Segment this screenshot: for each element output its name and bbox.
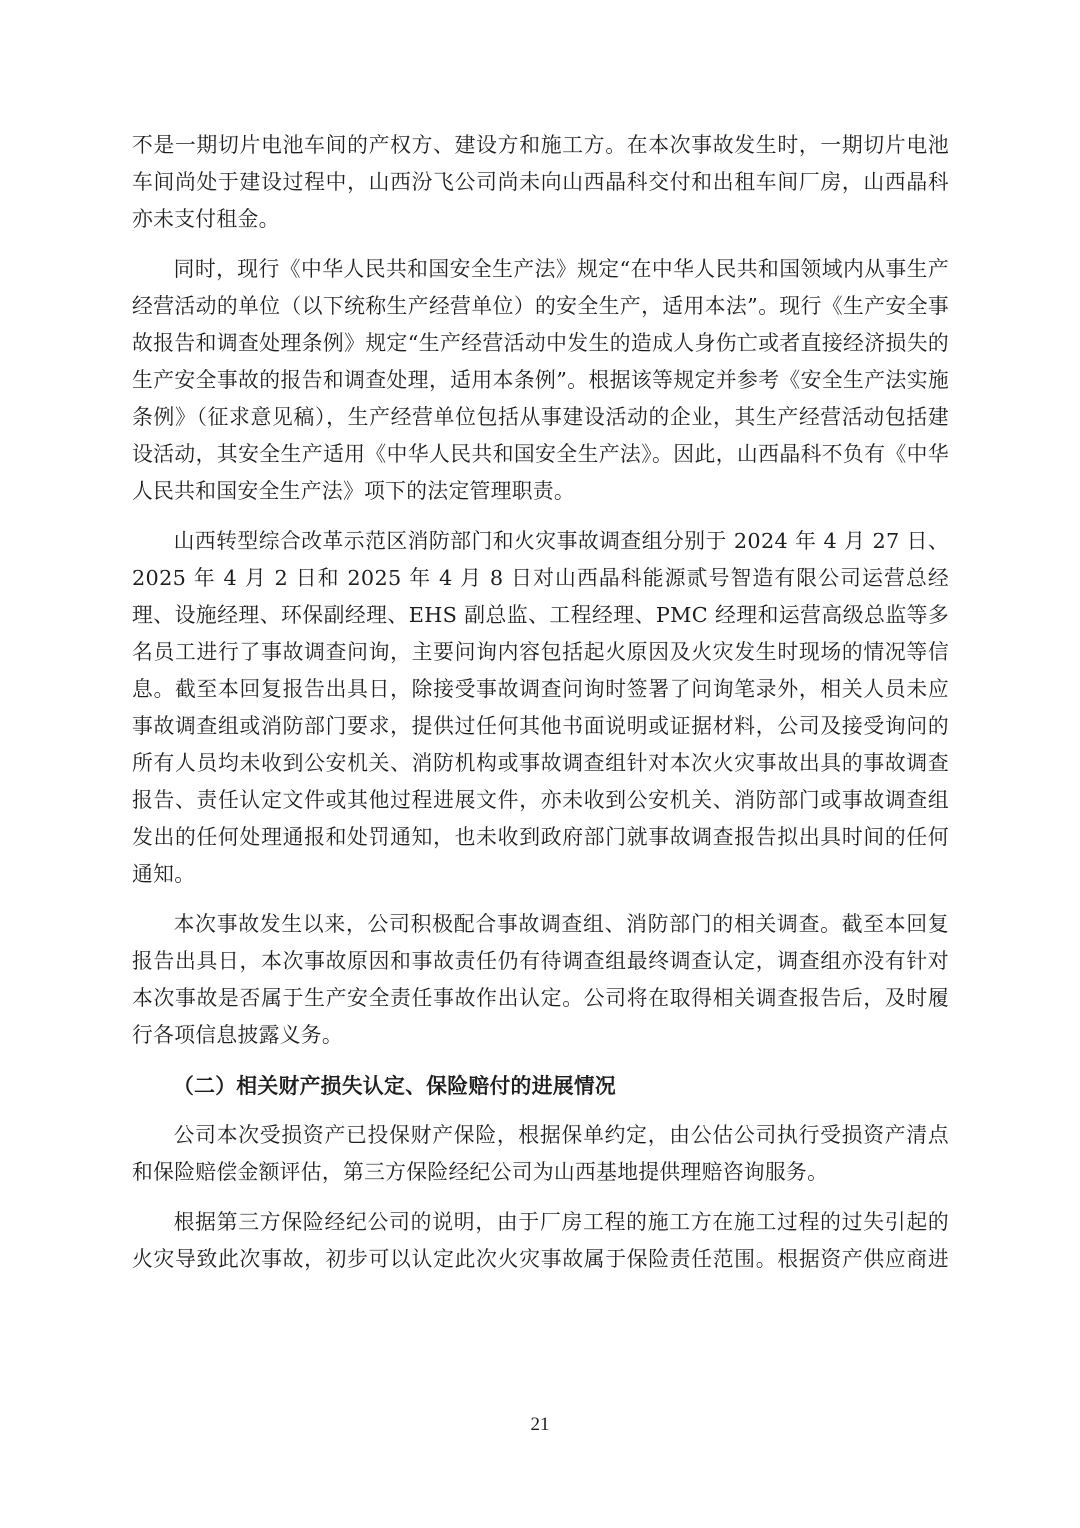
- paragraph-investigation-inquiries: 山西转型综合改革示范区消防部门和火灾事故调查组分别于 2024 年 4 月 27…: [132, 523, 949, 893]
- document-page-body: 不是一期切片电池车间的产权方、建设方和施工方。在本次事故发生时，一期切片电池车间…: [132, 127, 949, 1291]
- page-number: 21: [0, 1414, 1080, 1436]
- paragraph-insurance-liability: 根据第三方保险经纪公司的说明，由于厂房工程的施工方在施工过程的过失引起的火灾导致…: [132, 1204, 949, 1278]
- paragraph-safety-law: 同时，现行《中华人民共和国安全生产法》规定“在中华人民共和国领域内从事生产经营活…: [132, 251, 949, 510]
- section-heading-insurance-progress: （二）相关财产损失认定、保险赔付的进展情况: [132, 1067, 949, 1104]
- paragraph-cooperation-disclosure: 本次事故发生以来，公司积极配合事故调查组、消防部门的相关调查。截至本回复报告出具…: [132, 906, 949, 1054]
- paragraph-property-rights: 不是一期切片电池车间的产权方、建设方和施工方。在本次事故发生时，一期切片电池车间…: [132, 127, 949, 238]
- paragraph-insured-assets: 公司本次受损资产已投保财产保险，根据保单约定，由公估公司执行受损资产清点和保险赔…: [132, 1117, 949, 1191]
